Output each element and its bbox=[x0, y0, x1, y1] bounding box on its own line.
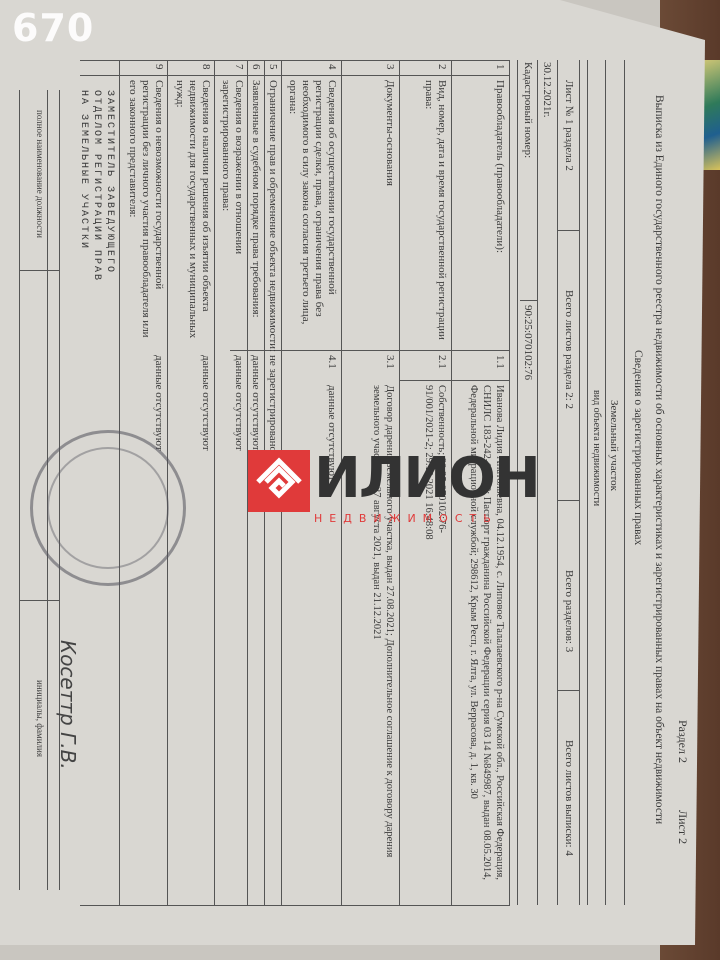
official-stamp bbox=[30, 430, 186, 586]
row-number: 6 bbox=[250, 64, 262, 70]
sections-total: Всего разделов: 3 bbox=[563, 570, 575, 652]
official-position-2: ОТДЕЛОМ РЕГИСТРАЦИИ ПРАВ bbox=[91, 90, 102, 282]
object-type-value: Земельный участок bbox=[608, 400, 620, 491]
row-value: данные отсутствуют bbox=[153, 355, 165, 451]
brand-icon bbox=[248, 450, 310, 512]
row-value: данные отсутствуют bbox=[200, 355, 212, 451]
row-number: 5 bbox=[267, 64, 279, 70]
brand-name: ИЛИОН bbox=[314, 446, 539, 511]
row-number: 2 bbox=[436, 64, 448, 70]
row-label: Ограничение прав и обременение объекта н… bbox=[267, 80, 279, 352]
document-subtitle: Сведения о зарегистрированных правах bbox=[632, 350, 644, 545]
row-number: 7 bbox=[233, 64, 245, 70]
row-subnumber: 2.1 bbox=[436, 355, 448, 369]
row-number: 4 bbox=[326, 64, 338, 70]
section-label: Раздел 2 bbox=[675, 720, 690, 763]
row-number: 9 bbox=[153, 64, 165, 70]
brand-tagline: НЕДВИЖИМОСТЬ bbox=[314, 512, 498, 525]
row-value: данные отсутствуют bbox=[233, 355, 245, 451]
row-label: Заявленные в судебном порядке права треб… bbox=[250, 80, 262, 318]
sheets-in-section: Всего листов раздела 2: 2 bbox=[563, 290, 575, 409]
row-value: данные отсутствуют bbox=[250, 355, 262, 451]
name-caption: инициалы, фамилия bbox=[35, 680, 45, 757]
position-caption: полное наименование должности bbox=[35, 110, 45, 238]
cadastral-number: 90:25:070102:76 bbox=[522, 305, 534, 380]
cadastral-label: Кадастровый номер: bbox=[522, 62, 534, 158]
row-value: не зарегистрировано bbox=[267, 355, 279, 452]
row-label: Сведения о наличии решения об изъятии об… bbox=[173, 80, 212, 345]
row-label: Сведения о невозможности государственной… bbox=[126, 80, 165, 345]
official-position-1: ЗАМЕСТИТЕЛЬ ЗАВЕДУЮЩЕГО bbox=[104, 90, 115, 274]
row-number: 8 bbox=[200, 64, 212, 70]
row-number: 3 bbox=[384, 64, 396, 70]
row-label: Вид, номер, дата и время государственной… bbox=[422, 80, 448, 345]
sheet-label: Лист 2 bbox=[675, 810, 690, 844]
row-subnumber: 4.1 bbox=[326, 355, 338, 369]
object-type-caption: вид объекта недвижимости bbox=[591, 390, 602, 506]
document-title: Выписка из Единого государственного реес… bbox=[653, 95, 665, 824]
row-label: Сведения о возражении в отношении зареги… bbox=[219, 80, 245, 345]
official-position-3: НА ЗЕМЕЛЬНЫЕ УЧАСТКИ bbox=[78, 90, 89, 250]
row-subnumber: 3.1 bbox=[384, 355, 396, 369]
watermark-logo: ИЛИОН НЕДВИЖИМОСТЬ bbox=[248, 450, 480, 550]
row-label: Сведения об осуществлении государственно… bbox=[286, 80, 338, 345]
image-counter: 670 bbox=[12, 6, 94, 50]
row-subnumber: 1.1 bbox=[494, 355, 506, 369]
sheets-total: Всего листов выписки: 4 bbox=[563, 740, 575, 856]
row-label: Правообладатель (правообладатели): bbox=[494, 80, 506, 253]
document-date: 30.12.2021г. bbox=[541, 62, 553, 118]
handwritten-name: Косеттр Г.В. bbox=[56, 640, 80, 770]
row-label: Документы-основания bbox=[384, 80, 396, 186]
row-number: 1 bbox=[494, 64, 506, 70]
sheet-number: Лист № 1 раздела 2 bbox=[563, 80, 575, 171]
